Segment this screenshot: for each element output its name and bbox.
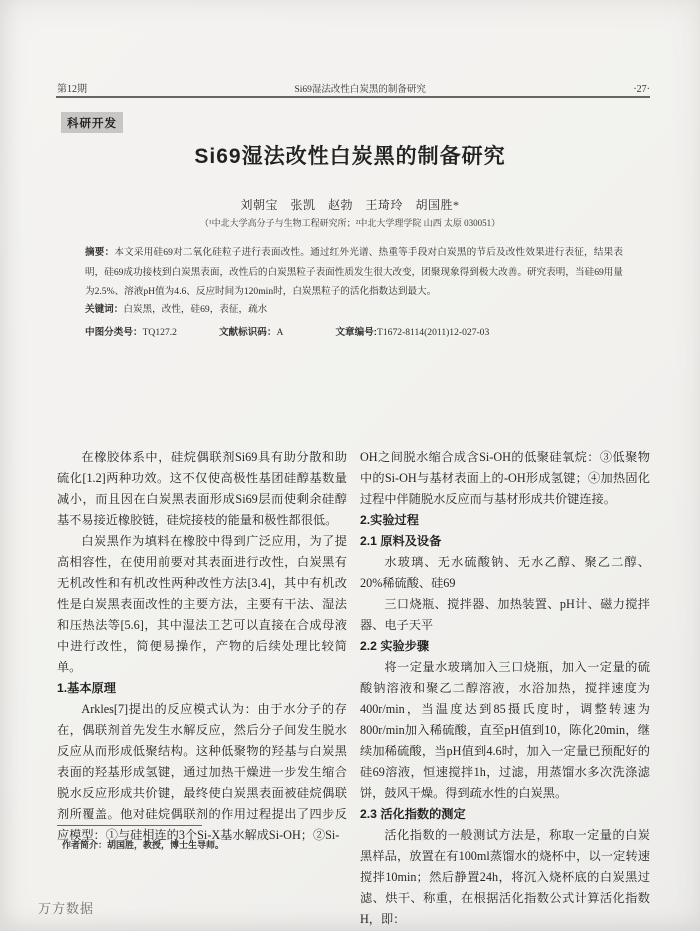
section-heading: 2.实验过程 xyxy=(360,510,650,531)
meta-line: 中图分类号：TQ127.2 文献标识码：A 文章编号:T1672-8114(20… xyxy=(85,324,623,338)
body-paragraph: 水玻璃、无水硫酸钠、无水乙醇、聚乙二醇、20%稀硫酸、硅69 xyxy=(360,552,650,594)
body-paragraph: OH之间脱水缩合成含Si-OH的低聚硅氧烷：③低聚物中的Si-OH与基材表面上的… xyxy=(360,447,650,510)
page-number: ·27· xyxy=(633,84,650,95)
body-paragraph: 三口烧瓶、搅拌器、加热装置、pH计、磁力搅拌器、电子天平 xyxy=(360,594,650,636)
scanned-paper-page: 第12期 Si69湿法改性白炭黑的制备研究 ·27· 科研开发 Si69湿法改性… xyxy=(0,0,700,931)
keywords-line: 关键词：白炭黑，改性，硅69，表征，疏水 xyxy=(85,301,623,315)
footnote-rule xyxy=(57,825,202,826)
body-paragraph: 在橡胶体系中，硅烷偶联剂Si69具有助分散和助硫化[1.2]两种功效。这不仅使高… xyxy=(57,447,347,531)
clc-entry: 中图分类号：TQ127.2 xyxy=(85,324,177,338)
journal-issue: 第12期 xyxy=(57,80,87,95)
article-id-label: 文章编号: xyxy=(335,327,377,338)
header-rule xyxy=(56,96,650,98)
section-heading: 1.基本原理 xyxy=(57,678,347,699)
wanfang-watermark: 万方数据 xyxy=(38,898,94,917)
body-paragraph: 活化指数的一般测试方法是，称取一定量的白炭黑样品，放置在有100ml蒸馏水的烧杯… xyxy=(360,825,650,930)
article-id-value: T1672-8114(2011)12-027-03 xyxy=(377,327,489,338)
running-title: Si69湿法改性白炭黑的制备研究 xyxy=(294,81,425,95)
affiliation-line: （¹中北大学高分子与生物工程研究所；²中北大学理学院 山西 太原 030051） xyxy=(0,216,700,229)
body-paragraph: 白炭黑作为填料在橡胶中得到广泛应用，为了提高相容性，在使用前要对其表面进行改性，… xyxy=(57,531,347,678)
authors-line: 刘朝宝 张凯 赵勃 王琦玲 胡国胜* xyxy=(0,196,700,213)
clc-label: 中图分类号： xyxy=(85,327,143,338)
running-head: 第12期 Si69湿法改性白炭黑的制备研究 ·27· xyxy=(57,80,650,95)
abstract-block: 摘要：本文采用硅69对二氧化硅粒子进行表面改性。通过红外光谱、热重等手段对白炭黑… xyxy=(85,243,623,302)
body-columns: 在橡胶体系中，硅烷偶联剂Si69具有助分散和助硫化[1.2]两种功效。这不仅使高… xyxy=(57,447,650,930)
right-column: OH之间脱水缩合成含Si-OH的低聚硅氧烷：③低聚物中的Si-OH与基材表面上的… xyxy=(360,447,650,930)
body-paragraph: Arkles[7]提出的反应模式认为：由于水分子的存在，偶联剂首先发生水解反应，… xyxy=(57,699,347,846)
section-badge: 科研开发 xyxy=(61,112,123,133)
clc-value: TQ127.2 xyxy=(143,327,177,338)
doc-code-value: A xyxy=(277,327,284,338)
left-column: 在橡胶体系中，硅烷偶联剂Si69具有助分散和助硫化[1.2]两种功效。这不仅使高… xyxy=(57,447,347,930)
section-heading: 2.3 活化指数的测定 xyxy=(360,804,650,825)
doc-code-entry: 文献标识码：A xyxy=(219,324,284,338)
abstract-text: 本文采用硅69对二氧化硅粒子进行表面改性。通过红外光谱、热重等手段对白炭黑的节后… xyxy=(85,247,623,297)
section-heading: 2.2 实验步骤 xyxy=(360,636,650,657)
page-title: Si69湿法改性白炭黑的制备研究 xyxy=(0,140,700,170)
abstract-label: 摘要： xyxy=(85,247,114,258)
doc-code-label: 文献标识码： xyxy=(219,327,277,338)
keywords-label: 关键词： xyxy=(85,304,123,315)
keywords-text: 白炭黑，改性，硅69，表征，疏水 xyxy=(123,304,267,315)
article-id-entry: 文章编号:T1672-8114(2011)12-027-03 xyxy=(335,324,489,338)
section-heading: 2.1 原料及设备 xyxy=(360,531,650,552)
body-paragraph: 将一定量水玻璃加入三口烧瓶，加入一定量的硫酸钠溶液和聚乙二醇溶液，水浴加热，搅拌… xyxy=(360,657,650,804)
author-bio-footnote: 作者简介：胡国胜，教授，博士生导师。 xyxy=(62,838,224,851)
